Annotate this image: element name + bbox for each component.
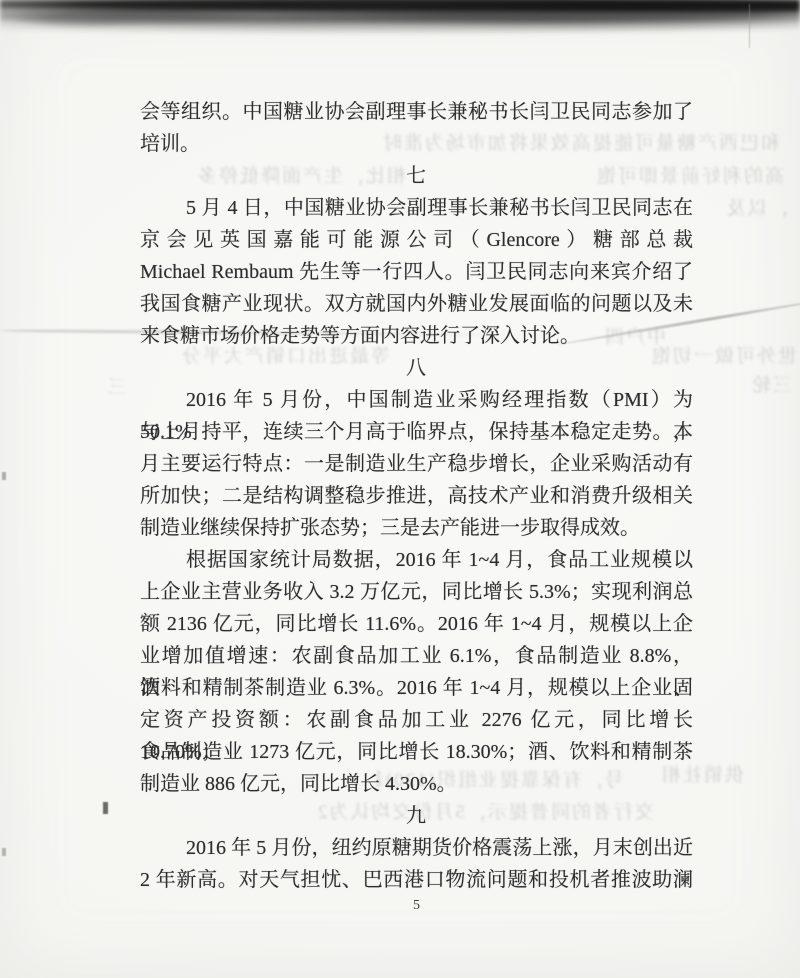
bleedthrough-text: 三 xyxy=(93,376,127,400)
bleedthrough-text: ，以及 xyxy=(700,197,788,221)
text-line: 来食糖市场价格走势等方面内容进行了深入讨论。 xyxy=(140,320,693,352)
scanned-document-page: 和巴西产糖量可能提高效果将加市场为准时 相比，生产面降低停多 高的利好前景即可饱… xyxy=(0,0,800,978)
text-line: 京会见英国嘉能可能源公司（Glencore）糖部总裁 xyxy=(140,224,693,256)
text-line: 制造业继续保持扩张态势；三是去产能进一步取得成效。 xyxy=(140,512,693,544)
text-line: 业增加值增速：农副食品加工业 6.1%，食品制造业 8.8%，酒、 xyxy=(140,640,693,672)
section-heading-8: 八 xyxy=(140,352,693,384)
text-line: 2016 年 5 月份，纽约原糖期货价格震荡上涨，月末创出近 xyxy=(140,832,693,864)
text-line: 2016 年 5 月份，中国制造业采购经理指数（PMI）为 50.1%， xyxy=(140,384,693,416)
text-line: Michael Rembaum 先生等一行四人。闫卫民同志向来宾介绍了 xyxy=(140,256,693,288)
scan-speck xyxy=(103,802,108,814)
text-line: 会等组织。中国糖业协会副理事长兼秘书长闫卫民同志参加了 xyxy=(140,96,693,128)
text-line: 2 年新高。对天气担忧、巴西港口物流问题和投机者推波助澜 xyxy=(140,864,693,896)
text-line: 上企业主营业务收入 3.2 万亿元，同比增长 5.3%；实现利润总 xyxy=(140,576,693,608)
text-line: 根据国家统计局数据，2016 年 1~4 月，食品工业规模以 xyxy=(140,544,693,576)
bleedthrough-text: 三轮 xyxy=(738,374,792,398)
scan-speck xyxy=(2,472,6,480)
text-line: 饮料和精制茶制造业 6.3%。2016 年 1~4 月，规模以上企业固 xyxy=(140,672,693,704)
page-number: 5 xyxy=(140,898,693,914)
text-line: 食品制造业 1273 亿元，同比增长 18.30%；酒、饮料和精制茶 xyxy=(140,736,693,768)
section-heading-7: 七 xyxy=(140,160,693,192)
text-line: 与上月持平，连续三个月高于临界点，保持基本稳定走势。本 xyxy=(140,416,693,448)
scan-speck xyxy=(2,848,6,856)
text-line: 培训。 xyxy=(140,128,693,160)
section-heading-9: 九 xyxy=(140,800,693,832)
original-sheet-edge-line xyxy=(749,4,750,48)
scanner-edge-artifact xyxy=(0,0,800,44)
text-line: 额 2136 亿元，同比增长 11.6%。2016 年 1~4 月，规模以上企 xyxy=(140,608,693,640)
text-line: 月主要运行特点：一是制造业生产稳步增长，企业采购活动有 xyxy=(140,448,693,480)
text-line: 定资产投资额：农副食品加工业 2276 亿元，同比增长 10.70%； xyxy=(140,704,693,736)
text-line: 所加快；二是结构调整稳步推进，高技术产业和消费升级相关 xyxy=(140,480,693,512)
document-text-block: 会等组织。中国糖业协会副理事长兼秘书长闫卫民同志参加了 培训。 七 5 月 4 … xyxy=(140,96,693,896)
text-line: 5 月 4 日，中国糖业协会副理事长兼秘书长闫卫民同志在 xyxy=(140,192,693,224)
text-line: 我国食糖产业现状。双方就国内外糖业发展面临的问题以及未 xyxy=(140,288,693,320)
text-line: 制造业 886 亿元，同比增长 4.30%。 xyxy=(140,768,693,800)
